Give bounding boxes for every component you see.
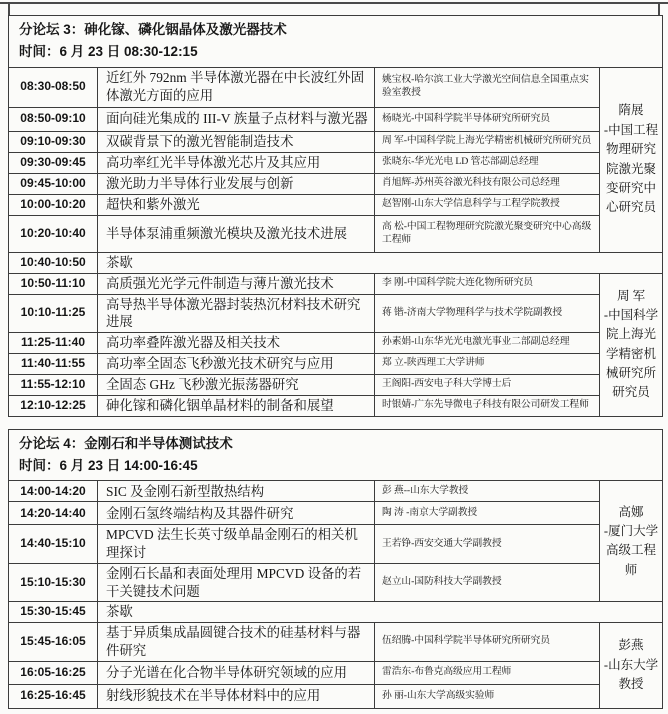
forum4-title: 分论坛 4：金刚石和半导体测试技术	[19, 433, 652, 455]
speaker-cell: 孙 丽-山东大学高级实验师	[375, 684, 600, 708]
time-cell: 14:40-15:10	[9, 525, 98, 563]
time-cell: 14:20-14:40	[9, 502, 98, 525]
speaker-cell: 王若铮-西安交通大学副教授	[375, 525, 600, 563]
time-cell: 15:10-15:30	[9, 563, 98, 601]
forum4-time: 时间：6 月 23 日 14:00-16:45	[19, 455, 652, 477]
topic-cell: 面向硅光集成的 III-V 族量子点材料与激光器	[98, 107, 375, 131]
session-row: 14:40-15:10 MPCVD 法生长英寸级单晶金刚石的相关机理探讨 王若铮…	[9, 525, 663, 563]
chair-cell: 彭燕 -山东大学教授	[600, 623, 663, 708]
chair-cell: 隋展 -中国工程物理研究院激光聚变研究中心研究员	[600, 67, 663, 252]
topic-cell: 高导热半导体激光器封装热沉材料技术研究进展	[98, 294, 375, 332]
speaker-cell: 王阁阳-西安电子科大学博士后	[375, 374, 600, 395]
speaker-cell: 赵智刚-山东大学信息科学与工程学院教授	[375, 194, 600, 215]
time-cell: 10:40-10:50	[9, 252, 98, 273]
time-cell: 11:25-11:40	[9, 332, 98, 353]
forum4-header-row: 分论坛 4：金刚石和半导体测试技术时间：6 月 23 日 14:00-16:45	[9, 429, 663, 481]
speaker-cell: 雷浩东-布鲁克高级应用工程师	[375, 661, 600, 684]
time-cell: 10:00-10:20	[9, 194, 98, 215]
topic-cell: 超快和紫外激光	[98, 194, 375, 215]
topic-cell: 基于异质集成晶圆键合技术的硅基材料与器件研究	[98, 623, 375, 661]
session-row: 16:25-16:45 射线形貌技术在半导体材料中的应用 孙 丽-山东大学高级实…	[9, 684, 663, 708]
page-top-rule-left-stub	[8, 3, 10, 15]
speaker-cell: 李 刚-中国科学院大连化物所研究员	[375, 273, 600, 294]
forum3-time: 时间：6 月 23 日 08:30-12:15	[19, 41, 652, 63]
topic-cell: 金刚石氢终端结构及其器件研究	[98, 502, 375, 525]
topic-cell: 半导体泵浦重频激光模块及激光技术进展	[98, 215, 375, 252]
speaker-cell: 时银婧-广东先导微电子科技有限公司研发工程师	[375, 395, 600, 416]
topic-cell: MPCVD 法生长英寸级单晶金刚石的相关机理探讨	[98, 525, 375, 563]
topic-cell: 高质强光光学元件制造与薄片激光技术	[98, 273, 375, 294]
time-cell: 08:30-08:50	[9, 67, 98, 107]
speaker-cell: 高 松-中国工程物理研究院激光聚变研究中心高级工程师	[375, 215, 600, 252]
speaker-cell: 孙素娟-山东华光光电激光事业二部副总经理	[375, 332, 600, 353]
program-page: 分论坛 3：砷化镓、磷化铟晶体及激光器技术时间：6 月 23 日 08:30-1…	[0, 0, 668, 709]
speaker-cell: 肖旭辉-苏州英谷激光科技有限公司总经理	[375, 173, 600, 194]
tea-break-cell: 茶歇	[98, 602, 663, 623]
session-row: 14:20-14:40 金刚石氢终端结构及其器件研究 陶 涛 -南京大学副教授	[9, 502, 663, 525]
topic-cell: 高功率叠阵激光器及相关技术	[98, 332, 375, 353]
topic-cell: 分子光谱在化合物半导体研究领域的应用	[98, 661, 375, 684]
time-cell: 09:30-09:45	[9, 152, 98, 173]
time-cell: 10:20-10:40	[9, 215, 98, 252]
time-cell: 16:05-16:25	[9, 661, 98, 684]
forum3-title: 分论坛 3：砷化镓、磷化铟晶体及激光器技术	[19, 19, 652, 41]
forum4-schedule-table: 分论坛 4：金刚石和半导体测试技术时间：6 月 23 日 14:00-16:45…	[8, 429, 663, 709]
session-row: 15:10-15:30 金刚石长晶和表面处理用 MPCVD 设备的若干关键技术问…	[9, 563, 663, 601]
speaker-cell: 张晓东-华光光电 LD 管芯部副总经理	[375, 152, 600, 173]
session-row: 08:50-09:10 面向硅光集成的 III-V 族量子点材料与激光器 杨晓光…	[9, 107, 663, 131]
session-row: 11:25-11:40 高功率叠阵激光器及相关技术 孙素娟-山东华光光电激光事业…	[9, 332, 663, 353]
session-row: 15:45-16:05 基于异质集成晶圆键合技术的硅基材料与器件研究 伍绍腾-中…	[9, 623, 663, 661]
speaker-cell: 蒋 锴-济南大学物理科学与技术学院副教授	[375, 294, 600, 332]
time-cell: 16:25-16:45	[9, 684, 98, 708]
time-cell: 10:50-11:10	[9, 273, 98, 294]
break-row: 15:30-15:45 茶歇	[9, 602, 663, 623]
session-row: 11:40-11:55 高功率全固态飞秒激光技术研究与应用 郑 立-陕西理工大学…	[9, 353, 663, 374]
topic-cell: 全固态 GHz 飞秒激光振荡器研究	[98, 374, 375, 395]
topic-cell: 近红外 792nm 半导体激光器在中长波红外固体激光方面的应用	[98, 67, 375, 107]
session-row: 08:30-08:50 近红外 792nm 半导体激光器在中长波红外固体激光方面…	[9, 67, 663, 107]
break-row: 10:40-10:50 茶歇	[9, 252, 663, 273]
topic-cell: 砷化镓和磷化铟单晶材料的制备和展望	[98, 395, 375, 416]
session-row: 10:00-10:20 超快和紫外激光 赵智刚-山东大学信息科学与工程学院教授	[9, 194, 663, 215]
topic-cell: 射线形貌技术在半导体材料中的应用	[98, 684, 375, 708]
forum3-header: 分论坛 3：砷化镓、磷化铟晶体及激光器技术时间：6 月 23 日 08:30-1…	[9, 16, 663, 68]
time-cell: 15:30-15:45	[9, 602, 98, 623]
time-cell: 11:55-12:10	[9, 374, 98, 395]
forum3-header-row: 分论坛 3：砷化镓、磷化铟晶体及激光器技术时间：6 月 23 日 08:30-1…	[9, 16, 663, 68]
time-cell: 09:45-10:00	[9, 173, 98, 194]
session-row: 12:10-12:25 砷化镓和磷化铟单晶材料的制备和展望 时银婧-广东先导微电…	[9, 395, 663, 416]
tea-break-cell: 茶歇	[98, 252, 663, 273]
time-cell: 11:40-11:55	[9, 353, 98, 374]
time-cell: 08:50-09:10	[9, 107, 98, 131]
session-row: 09:10-09:30 双碳背景下的激光智能制造技术 周 军-中国科学院上海光学…	[9, 131, 663, 152]
session-row: 10:20-10:40 半导体泵浦重频激光模块及激光技术进展 高 松-中国工程物…	[9, 215, 663, 252]
page-top-rule-right-stub	[658, 3, 660, 15]
speaker-cell: 郑 立-陕西理工大学讲师	[375, 353, 600, 374]
session-row: 10:50-11:10 高质强光光学元件制造与薄片激光技术 李 刚-中国科学院大…	[9, 273, 663, 294]
page-top-rule	[0, 2, 668, 4]
session-row: 09:45-10:00 激光助力半导体行业发展与创新 肖旭辉-苏州英谷激光科技有…	[9, 173, 663, 194]
speaker-cell: 陶 涛 -南京大学副教授	[375, 502, 600, 525]
time-cell: 09:10-09:30	[9, 131, 98, 152]
session-row: 09:30-09:45 高功率红光半导体激光芯片及其应用 张晓东-华光光电 LD…	[9, 152, 663, 173]
time-cell: 15:45-16:05	[9, 623, 98, 661]
speaker-cell: 周 军-中国科学院上海光学精密机械研究所研究员	[375, 131, 600, 152]
time-cell: 10:10-11:25	[9, 294, 98, 332]
speaker-cell: 杨晓光-中国科学院半导体研究所研究员	[375, 107, 600, 131]
topic-cell: 双碳背景下的激光智能制造技术	[98, 131, 375, 152]
chair-cell: 周 军 -中国科学院上海光学精密机械研究所研究员	[600, 273, 663, 416]
speaker-cell: 姚宝权-哈尔滨工业大学激光空间信息全国重点实验室教授	[375, 67, 600, 107]
session-row: 14:00-14:20 SIC 及金刚石新型散热结构 彭 燕--山东大学教授 高…	[9, 481, 663, 502]
session-row: 10:10-11:25 高导热半导体激光器封装热沉材料技术研究进展 蒋 锴-济南…	[9, 294, 663, 332]
speaker-cell: 赵立山-国防科技大学副教授	[375, 563, 600, 601]
session-row: 11:55-12:10 全固态 GHz 飞秒激光振荡器研究 王阁阳-西安电子科大…	[9, 374, 663, 395]
topic-cell: 金刚石长晶和表面处理用 MPCVD 设备的若干关键技术问题	[98, 563, 375, 601]
time-cell: 12:10-12:25	[9, 395, 98, 416]
speaker-cell: 彭 燕--山东大学教授	[375, 481, 600, 502]
speaker-cell: 伍绍腾-中国科学院半导体研究所研究员	[375, 623, 600, 661]
session-row: 16:05-16:25 分子光谱在化合物半导体研究领域的应用 雷浩东-布鲁克高级…	[9, 661, 663, 684]
chair-cell: 高娜 -厦门大学高级工程师	[600, 481, 663, 602]
topic-cell: 高功率全固态飞秒激光技术研究与应用	[98, 353, 375, 374]
forum3-schedule-table: 分论坛 3：砷化镓、磷化铟晶体及激光器技术时间：6 月 23 日 08:30-1…	[8, 15, 663, 417]
forum4-header: 分论坛 4：金刚石和半导体测试技术时间：6 月 23 日 14:00-16:45	[9, 429, 663, 481]
topic-cell: 高功率红光半导体激光芯片及其应用	[98, 152, 375, 173]
topic-cell: SIC 及金刚石新型散热结构	[98, 481, 375, 502]
time-cell: 14:00-14:20	[9, 481, 98, 502]
topic-cell: 激光助力半导体行业发展与创新	[98, 173, 375, 194]
